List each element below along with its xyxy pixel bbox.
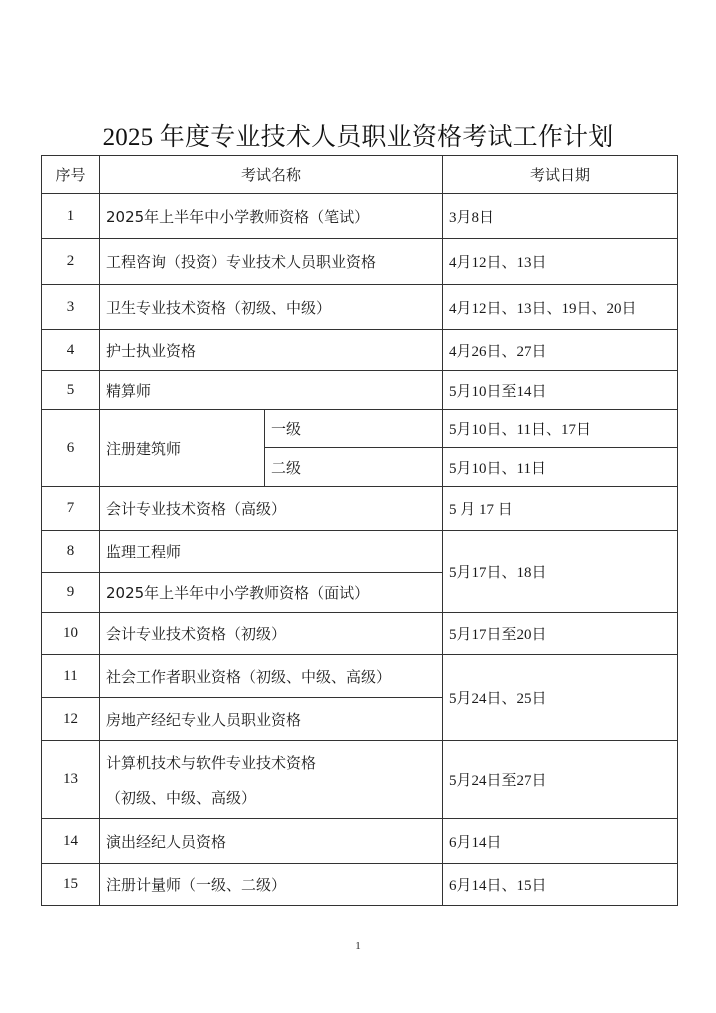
exam-date: 6月14日、15日 <box>443 864 678 906</box>
exam-schedule-table: 序号 考试名称 考试日期 1 2025年上半年中小学教师资格（笔试） 3月8日 … <box>41 155 678 906</box>
document-title: 2025 年度专业技术人员职业资格考试工作计划 <box>0 121 716 155</box>
exam-date: 4月26日、27日 <box>443 330 678 371</box>
exam-date: 3月8日 <box>443 194 678 239</box>
exam-name: 监理工程师 <box>100 531 443 573</box>
table-row: 6 注册建筑师 一级 5月10日、11日、17日 <box>42 410 678 448</box>
table-row: 3 卫生专业技术资格（初级、中级） 4月12日、13日、19日、20日 <box>42 285 678 330</box>
exam-name: 注册计量师（一级、二级） <box>100 864 443 906</box>
exam-name: 房地产经纪专业人员职业资格 <box>100 698 443 741</box>
exam-date: 5月24日至27日 <box>443 741 678 819</box>
row-index: 4 <box>42 330 100 371</box>
table-row: 2 工程咨询（投资）专业技术人员职业资格 4月12日、13日 <box>42 239 678 285</box>
exam-name-line2: （初级、中级、高级） <box>106 787 436 808</box>
table-row: 5 精算师 5月10日至14日 <box>42 371 678 410</box>
table-row: 15 注册计量师（一级、二级） 6月14日、15日 <box>42 864 678 906</box>
table-row: 4 护士执业资格 4月26日、27日 <box>42 330 678 371</box>
exam-date: 4月12日、13日、19日、20日 <box>443 285 678 330</box>
row-index: 12 <box>42 698 100 741</box>
row-index: 9 <box>42 573 100 613</box>
row-index: 10 <box>42 613 100 655</box>
exam-name: 社会工作者职业资格（初级、中级、高级） <box>100 655 443 698</box>
page-number: 1 <box>0 940 716 952</box>
exam-date: 5月10日、11日 <box>443 448 678 487</box>
exam-level: 一级 <box>265 410 443 448</box>
exam-name-cell: 计算机技术与软件专业技术资格 （初级、中级、高级） <box>100 741 443 819</box>
header-exam-name: 考试名称 <box>100 156 443 194</box>
exam-date: 6月14日 <box>443 819 678 864</box>
row-index: 15 <box>42 864 100 906</box>
exam-name: 卫生专业技术资格（初级、中级） <box>100 285 443 330</box>
exam-date: 5月10日至14日 <box>443 371 678 410</box>
exam-name: 2025年上半年中小学教师资格（面试） <box>100 573 443 613</box>
row-index: 14 <box>42 819 100 864</box>
exam-name: 演出经纪人员资格 <box>100 819 443 864</box>
exam-date: 5月17日至20日 <box>443 613 678 655</box>
header-exam-date: 考试日期 <box>443 156 678 194</box>
exam-name: 精算师 <box>100 371 443 410</box>
table-row: 11 社会工作者职业资格（初级、中级、高级） 5月24日、25日 <box>42 655 678 698</box>
exam-name: 会计专业技术资格（高级） <box>100 487 443 531</box>
exam-date: 5月24日、25日 <box>443 655 678 741</box>
row-index: 11 <box>42 655 100 698</box>
table-row: 8 监理工程师 5月17日、18日 <box>42 531 678 573</box>
table-row: 7 会计专业技术资格（高级） 5 月 17 日 <box>42 487 678 531</box>
exam-name: 护士执业资格 <box>100 330 443 371</box>
exam-date: 4月12日、13日 <box>443 239 678 285</box>
table-row: 14 演出经纪人员资格 6月14日 <box>42 819 678 864</box>
exam-name: 工程咨询（投资）专业技术人员职业资格 <box>100 239 443 285</box>
exam-name: 注册建筑师 <box>100 410 265 487</box>
table-header-row: 序号 考试名称 考试日期 <box>42 156 678 194</box>
row-index: 3 <box>42 285 100 330</box>
exam-name: 会计专业技术资格（初级） <box>100 613 443 655</box>
row-index: 2 <box>42 239 100 285</box>
row-index: 5 <box>42 371 100 410</box>
exam-level: 二级 <box>265 448 443 487</box>
header-index: 序号 <box>42 156 100 194</box>
table-row: 13 计算机技术与软件专业技术资格 （初级、中级、高级） 5月24日至27日 <box>42 741 678 819</box>
row-index: 6 <box>42 410 100 487</box>
exam-date: 5月10日、11日、17日 <box>443 410 678 448</box>
row-index: 8 <box>42 531 100 573</box>
row-index: 13 <box>42 741 100 819</box>
exam-name: 计算机技术与软件专业技术资格 <box>106 754 316 772</box>
exam-date: 5 月 17 日 <box>443 487 678 531</box>
row-index: 7 <box>42 487 100 531</box>
exam-name: 2025年上半年中小学教师资格（笔试） <box>100 194 443 239</box>
row-index: 1 <box>42 194 100 239</box>
table-row: 10 会计专业技术资格（初级） 5月17日至20日 <box>42 613 678 655</box>
table-row: 1 2025年上半年中小学教师资格（笔试） 3月8日 <box>42 194 678 239</box>
exam-date: 5月17日、18日 <box>443 531 678 613</box>
